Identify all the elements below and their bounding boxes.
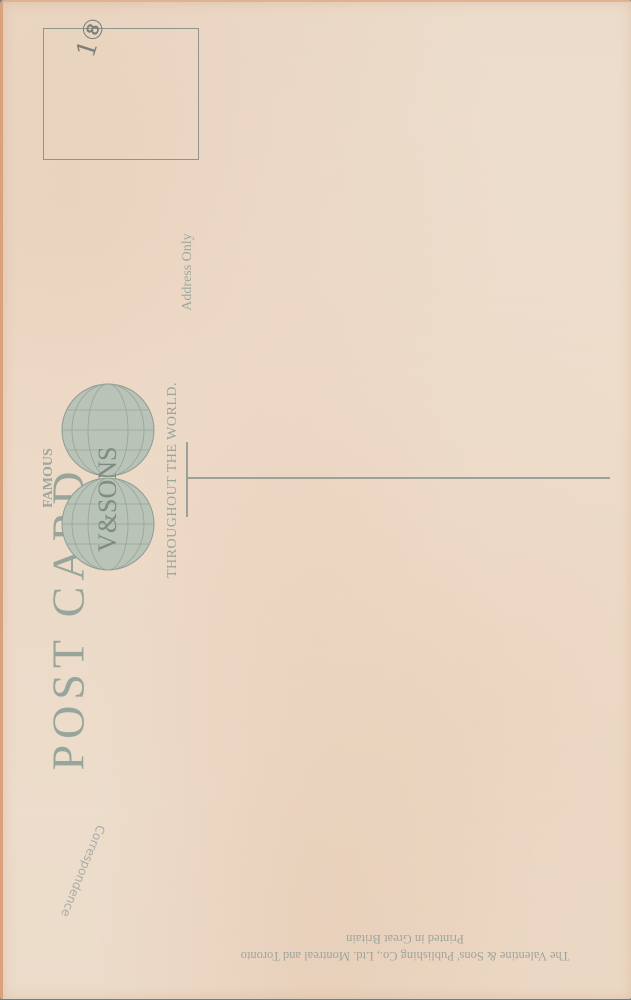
address-only-label: Address Only: [180, 212, 196, 332]
globe-logo-icon: V&SONS: [58, 382, 158, 572]
tagline: THROUGHOUT THE WORLD.: [165, 350, 181, 610]
logo-text: V&SONS: [93, 447, 122, 552]
publisher-imprint: The Valentine & Sons' Publishing Co., Lt…: [235, 930, 575, 964]
printed-in-line: Printed in Great Britain: [235, 930, 575, 947]
correspondence-label: Correspondence: [54, 813, 112, 930]
stamp-box: [43, 28, 199, 160]
vertical-divider: [186, 442, 188, 517]
famous-label: FAMOUS: [41, 438, 57, 518]
horizontal-divider: [186, 477, 610, 479]
publisher-line: The Valentine & Sons' Publishing Co., Lt…: [235, 947, 575, 964]
postcard-back: 1⑧ POST CARD V&SONS FAMOUS THROUGHOUT TH…: [0, 0, 631, 999]
